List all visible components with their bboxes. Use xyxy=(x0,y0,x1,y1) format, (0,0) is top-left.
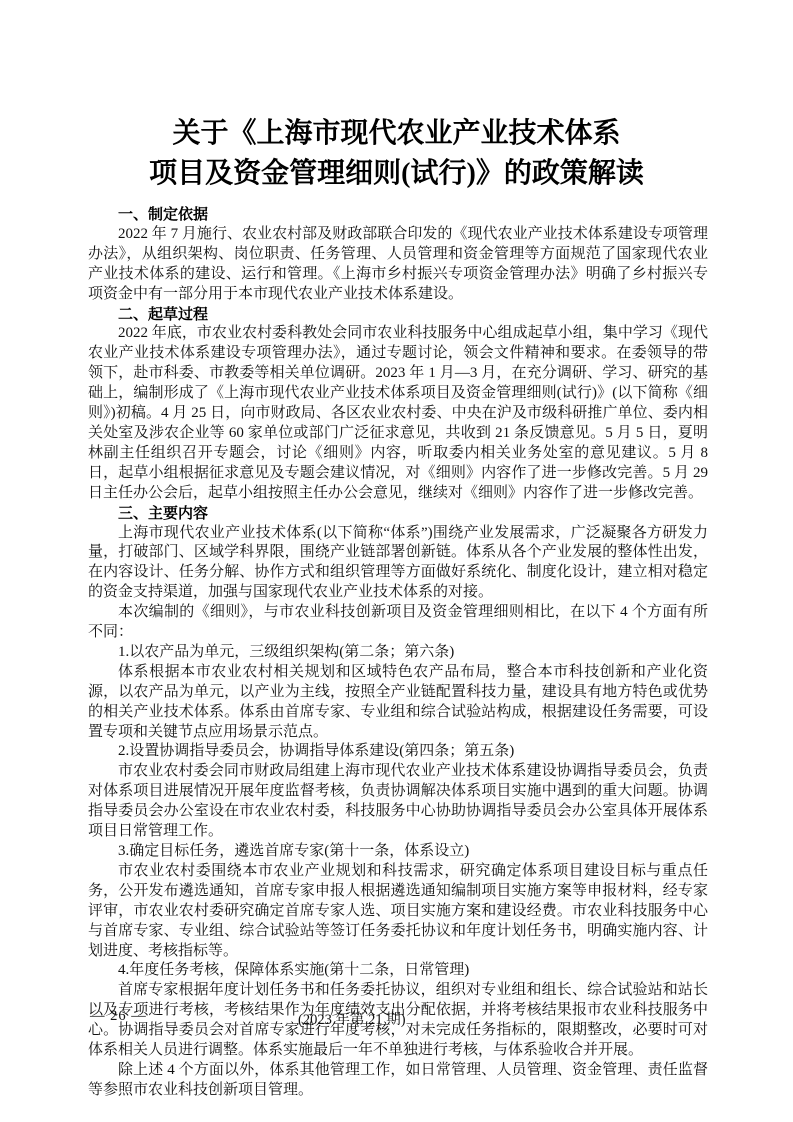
page-footer: — 26 — (2023 年第 21 期) xyxy=(88,1008,708,1030)
section-heading-main-content: 三、主要内容 xyxy=(88,504,708,524)
paragraph-item-4-title: 4.年度任务考核，保障体系实施(第十二条，日常管理) xyxy=(88,961,708,981)
section-heading-drafting: 二、起草过程 xyxy=(88,305,708,325)
document-title: 关于《上海市现代农业产业技术体系 项目及资金管理细则(试行)》的政策解读 xyxy=(0,0,793,194)
paragraph-item-2-title: 2.设置协调指导委员会，协调指导体系建设(第四条；第五条) xyxy=(88,742,708,762)
paragraph: 除上述 4 个方面以外，体系其他管理工作，如日常管理、人员管理、资金管理、责任监… xyxy=(88,1061,708,1101)
paragraph: 2022 年底，市农业农村委科教处会同市农业科技服务中心组成起草小组，集中学习《… xyxy=(88,324,708,503)
page-number: — 26 — xyxy=(90,1008,147,1025)
paragraph: 上海市现代农业产业技术体系(以下简称“体系”)围绕产业发展需求，广泛凝聚各方研发… xyxy=(88,524,708,604)
paragraph-item-1-title: 1.以农产品为单元，三级组织架构(第二条；第六条) xyxy=(88,643,708,663)
document-title-line1: 关于《上海市现代农业产业技术体系 xyxy=(0,114,793,154)
document-body: 一、制定依据 2022 年 7 月施行、农业农村部及财政部联合印发的《现代农业产… xyxy=(88,205,708,1101)
document-page: 关于《上海市现代农业产业技术体系 项目及资金管理细则(试行)》的政策解读 一、制… xyxy=(0,0,793,1122)
paragraph: 体系根据本市农业农村相关规划和区域特色农产品布局，整合本市科技创新和产业化资源，… xyxy=(88,663,708,743)
document-title-line2: 项目及资金管理细则(试行)》的政策解读 xyxy=(0,154,793,194)
paragraph: 市农业农村委会同市财政局组建上海市现代农业产业技术体系建设协调指导委员会，负责对… xyxy=(88,762,708,842)
paragraph: 2022 年 7 月施行、农业农村部及财政部联合印发的《现代农业产业技术体系建设… xyxy=(88,225,708,305)
paragraph: 本次编制的《细则》，与市农业科技创新项目及资金管理细则相比，在以下 4 个方面有… xyxy=(88,603,708,643)
paragraph: 市农业农村委围绕本市农业产业规划和科技需求，研究确定体系项目建设目标与重点任务，… xyxy=(88,862,708,962)
paragraph-item-3-title: 3.确定目标任务，遴选首席专家(第十一条，体系设立) xyxy=(88,842,708,862)
section-heading-basis: 一、制定依据 xyxy=(88,205,708,225)
issue-label: (2023 年第 21 期) xyxy=(298,1008,406,1029)
